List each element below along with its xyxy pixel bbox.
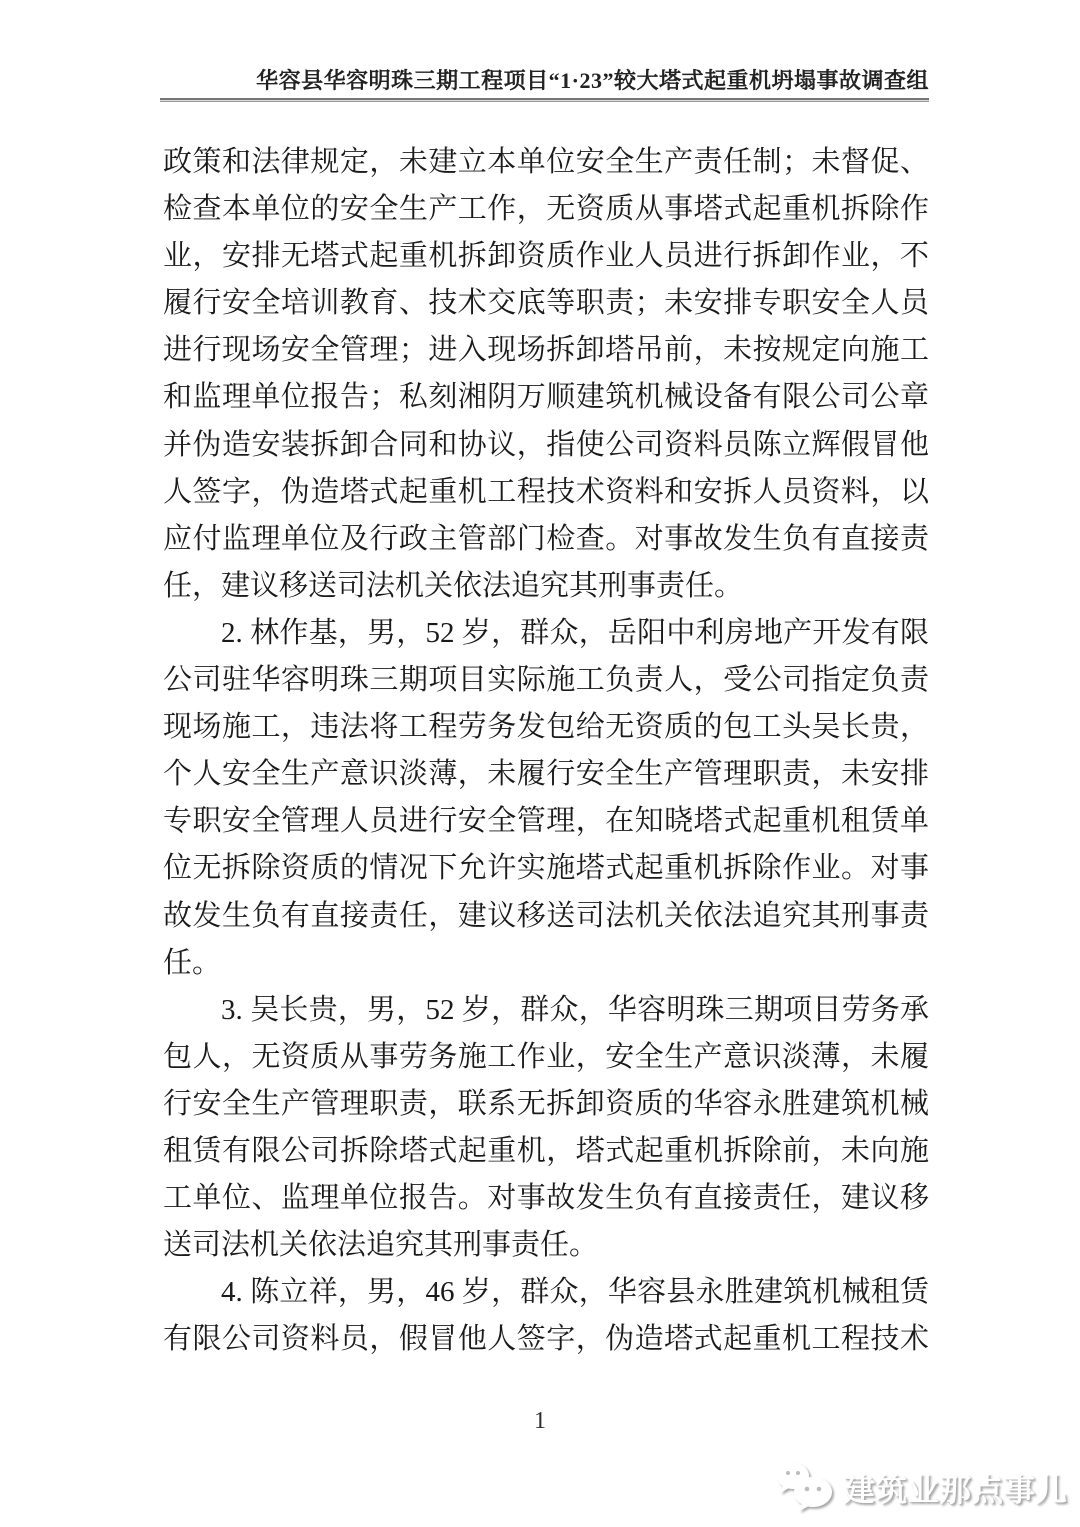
text-line: 人签字，伪造塔式起重机工程技术资料和安拆人员资料，以 bbox=[163, 469, 929, 516]
text-line: 任。 bbox=[163, 940, 929, 987]
text-line: 和监理单位报告；私刻湘阴万顺建筑机械设备有限公司公章 bbox=[163, 374, 929, 421]
text-line: 履行安全培训教育、技术交底等职责；未安排专职安全人员 bbox=[163, 280, 929, 327]
text-line: 2. 林作基，男，52 岁，群众，岳阳中利房地产开发有限 bbox=[163, 610, 929, 657]
watermark: 建筑业那点事儿 bbox=[774, 1460, 1068, 1514]
text-line: 专职安全管理人员进行安全管理，在知晓塔式起重机租赁单 bbox=[163, 798, 929, 845]
text-line: 检查本单位的安全生产工作，无资质从事塔式起重机拆除作 bbox=[163, 186, 929, 233]
text-line: 工单位、监理单位报告。对事故发生负有直接责任，建议移 bbox=[163, 1175, 929, 1222]
text-line: 个人安全生产意识淡薄，未履行安全生产管理职责，未安排 bbox=[163, 751, 929, 798]
text-line: 应付监理单位及行政主管部门检查。对事故发生负有直接责 bbox=[163, 516, 929, 563]
wechat-chat-bubbles-icon bbox=[774, 1460, 836, 1514]
document-body: 政策和法律规定，未建立本单位安全生产责任制；未督促、检查本单位的安全生产工作，无… bbox=[163, 139, 929, 1363]
text-line: 公司驻华容明珠三期项目实际施工负责人，受公司指定负责 bbox=[163, 657, 929, 704]
text-line: 4. 陈立祥，男，46 岁，群众，华容县永胜建筑机械租赁 bbox=[163, 1269, 929, 1316]
text-line: 进行现场安全管理；进入现场拆卸塔吊前，未按规定向施工 bbox=[163, 327, 929, 374]
watermark-text: 建筑业那点事儿 bbox=[844, 1465, 1068, 1510]
text-line: 位无拆除资质的情况下允许实施塔式起重机拆除作业。对事 bbox=[163, 845, 929, 892]
text-line: 并伪造安装拆卸合同和协议，指使公司资料员陈立辉假冒他 bbox=[163, 422, 929, 469]
text-line: 现场施工，违法将工程劳务发包给无资质的包工头吴长贵， bbox=[163, 704, 929, 751]
text-line: 3. 吴长贵，男，52 岁，群众，华容明珠三期项目劳务承 bbox=[163, 987, 929, 1034]
text-line: 租赁有限公司拆除塔式起重机，塔式起重机拆除前，未向施 bbox=[163, 1128, 929, 1175]
page-number: 1 bbox=[0, 1408, 1080, 1435]
text-line: 业，安排无塔式起重机拆卸资质作业人员进行拆卸作业，不 bbox=[163, 233, 929, 280]
text-line: 包人，无资质从事劳务施工作业，安全生产意识淡薄，未履 bbox=[163, 1034, 929, 1081]
document-page: { "page": { "header_title": "华容县华容明珠三期工程… bbox=[0, 0, 1080, 1527]
text-line: 政策和法律规定，未建立本单位安全生产责任制；未督促、 bbox=[163, 139, 929, 186]
text-line: 送司法机关依法追究其刑事责任。 bbox=[163, 1222, 929, 1269]
text-line: 行安全生产管理职责，联系无拆卸资质的华容永胜建筑机械 bbox=[163, 1081, 929, 1128]
header-title: 华容县华容明珠三期工程项目“1·23”较大塔式起重机坍塌事故调查组 bbox=[163, 64, 929, 95]
text-line: 故发生负有直接责任，建议移送司法机关依法追究其刑事责 bbox=[163, 893, 929, 940]
header-rule bbox=[160, 98, 929, 102]
text-line: 任，建议移送司法机关依法追究其刑事责任。 bbox=[163, 563, 929, 610]
text-line: 有限公司资料员，假冒他人签字，伪造塔式起重机工程技术 bbox=[163, 1316, 929, 1363]
